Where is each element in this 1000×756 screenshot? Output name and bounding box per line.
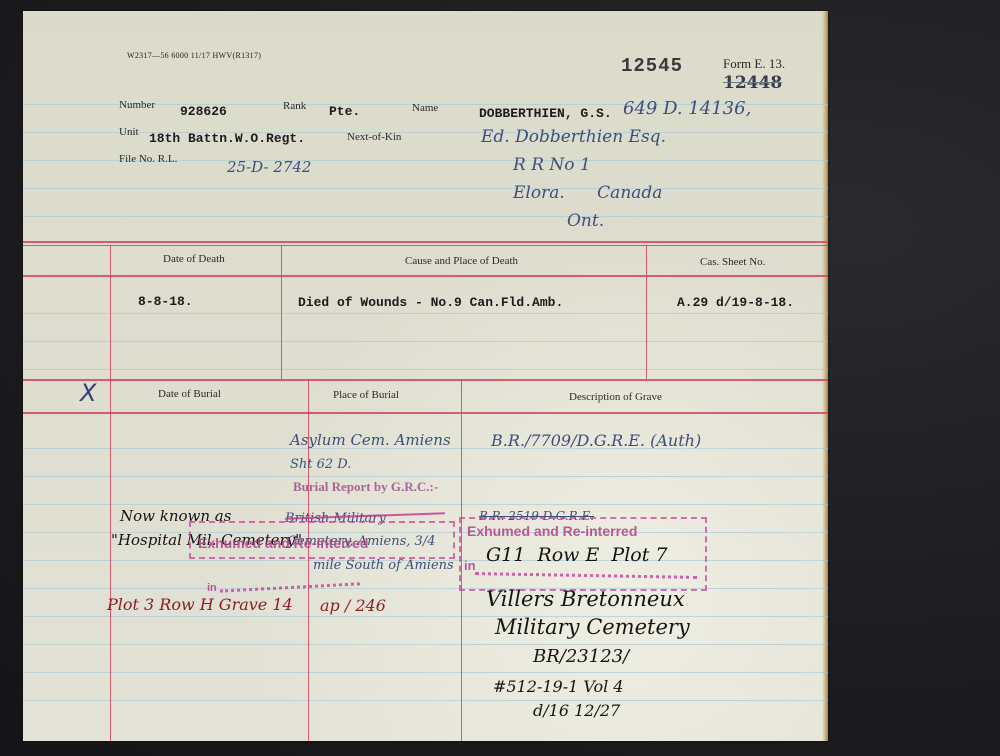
description-of-grave-header: Description of Grave bbox=[569, 391, 662, 403]
place-of-burial-header: Place of Burial bbox=[333, 389, 399, 401]
unit-label: Unit bbox=[119, 126, 139, 138]
cas-sheet-value: A.29 d/19-8-18. bbox=[677, 295, 794, 310]
plot-row-grave: Plot 3 Row H Grave 14 bbox=[107, 595, 293, 614]
name-value: DOBBERTHIEN, G.S. bbox=[479, 106, 612, 121]
exhumed-stamp-text: Exhumed and Re-interred bbox=[467, 523, 637, 539]
next-of-kin-line: R R No 1 bbox=[513, 155, 591, 175]
reinterred-doc: d/16 12/27 bbox=[533, 701, 620, 720]
name-annotation: 649 D. 14136, bbox=[623, 98, 751, 119]
column-line bbox=[110, 245, 111, 741]
ruled-line bbox=[23, 369, 828, 370]
section-divider bbox=[23, 379, 828, 381]
stamp-in-label: in bbox=[207, 582, 217, 594]
ruled-line bbox=[23, 644, 828, 645]
section-divider bbox=[23, 241, 828, 243]
cause-of-death-value: Died of Wounds - No.9 Can.Fld.Amb. bbox=[298, 295, 563, 310]
cas-sheet-header: Cas. Sheet No. bbox=[700, 256, 765, 268]
rank-label: Rank bbox=[283, 100, 306, 112]
section-divider bbox=[23, 245, 828, 246]
place-of-burial-handwritten: Asylum Cem. Amiens bbox=[290, 431, 451, 449]
file-no-value: 25-D- 2742 bbox=[227, 158, 311, 176]
plot-reference: ap / 246 bbox=[320, 596, 386, 615]
ruled-line bbox=[23, 504, 828, 505]
place-of-burial-handwritten: Sht 62 D. bbox=[290, 457, 351, 472]
stamp-in-label: in bbox=[464, 558, 476, 573]
reinterred-file: #512-19-1 Vol 4 bbox=[493, 677, 623, 696]
reinterred-reference: BR/23123/ bbox=[533, 646, 629, 667]
ruled-line bbox=[23, 132, 828, 133]
next-of-kin-line: Ed. Dobberthien Esq. bbox=[481, 127, 666, 147]
next-of-kin-label: Next-of-Kin bbox=[347, 131, 401, 143]
date-of-burial-header: Date of Burial bbox=[158, 388, 221, 400]
ruled-line bbox=[23, 216, 828, 217]
ruled-line bbox=[23, 476, 828, 477]
cause-place-header: Cause and Place of Death bbox=[405, 255, 518, 267]
date-of-death-header: Date of Death bbox=[163, 253, 225, 265]
ruled-line bbox=[23, 672, 828, 673]
reinterred-location: G11 Row E Plot 7 bbox=[486, 544, 668, 566]
reinterred-cemetery-line: Military Cemetery bbox=[495, 615, 690, 639]
name-label: Name bbox=[412, 102, 438, 114]
ruled-line bbox=[23, 588, 828, 589]
ruled-line bbox=[23, 700, 828, 701]
file-no-label: File No. R.L. bbox=[119, 153, 177, 165]
grc-report-stamp: Burial Report by G.R.C.:- bbox=[293, 479, 438, 495]
ruled-line bbox=[23, 188, 828, 189]
ruled-line bbox=[23, 341, 828, 342]
column-line bbox=[646, 245, 647, 379]
description-handwritten: B.R./7709/D.G.R.E. (Auth) bbox=[491, 431, 701, 450]
unit-value: 18th Battn.W.O.Regt. bbox=[149, 131, 305, 146]
next-of-kin-line: Ont. bbox=[567, 211, 604, 231]
header-underline bbox=[23, 412, 828, 414]
service-record-card: W2317—56 6000 11/17 HWV(R1317) 12545 For… bbox=[23, 11, 828, 741]
header-underline bbox=[23, 275, 828, 277]
form-handwritten-number: 12448 bbox=[723, 73, 782, 93]
exhumed-stamp-text: Exhumed and Re-interred bbox=[198, 535, 368, 551]
rank-value: Pte. bbox=[329, 104, 360, 119]
stamped-number: 12545 bbox=[621, 55, 683, 77]
grc-place-line: mile South of Amiens bbox=[313, 558, 454, 573]
form-label: Form E. 13. bbox=[723, 56, 785, 72]
date-of-death-value: 8-8-18. bbox=[138, 294, 193, 309]
number-label: Number bbox=[119, 99, 155, 111]
ruled-line bbox=[23, 313, 828, 314]
reinterred-cemetery-line: Villers Bretonneux bbox=[486, 587, 685, 611]
column-line bbox=[281, 245, 282, 379]
check-mark-icon: X bbox=[80, 379, 96, 407]
ruled-line bbox=[23, 616, 828, 617]
printer-reference: W2317—56 6000 11/17 HWV(R1317) bbox=[127, 51, 261, 60]
number-value: 928626 bbox=[180, 104, 227, 119]
next-of-kin-line: Elora. Canada bbox=[513, 183, 662, 203]
